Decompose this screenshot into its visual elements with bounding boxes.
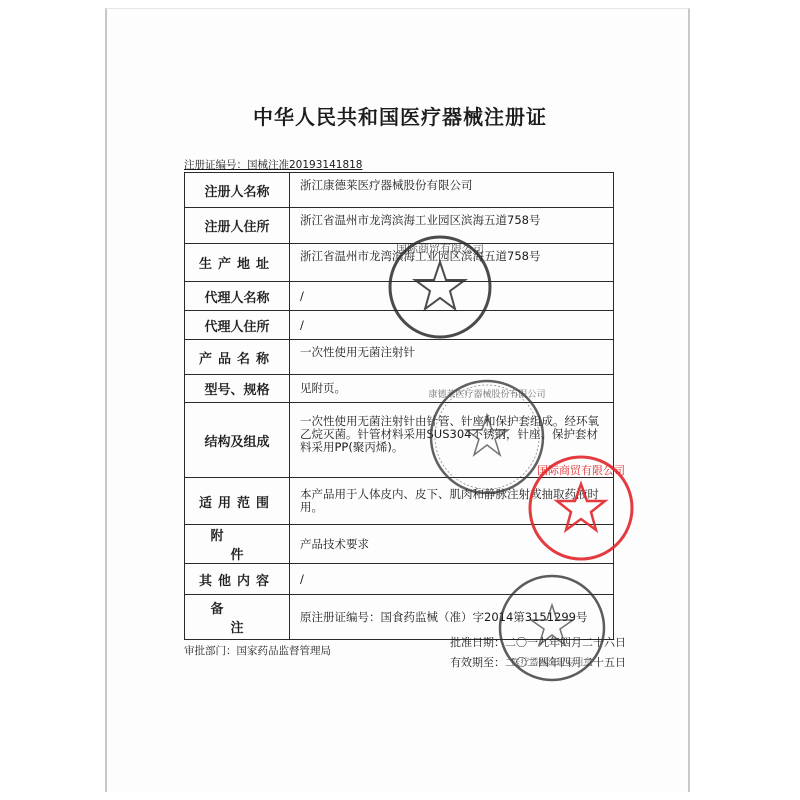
row-value: 本产品用于人体皮内、皮下、肌肉和静脉注射或抽取药液时用。 xyxy=(290,478,614,525)
row-label: 附件 xyxy=(185,525,290,564)
table-row: 注册人住所 浙江省温州市龙湾滨海工业园区滨海五道758号 xyxy=(185,208,614,244)
row-label: 其他内容 xyxy=(185,564,290,595)
row-label: 产品名称 xyxy=(185,340,290,375)
row-label: 代理人住所 xyxy=(185,311,290,340)
row-value: 一次性使用无菌注射针由针管、针座和保护套组成。经环氧乙烷灭菌。针管材料采用SUS… xyxy=(290,403,614,478)
registration-number-line: 注册证编号：国械注准20193141818 xyxy=(184,157,363,172)
document-title: 中华人民共和国医疗器械注册证 xyxy=(0,101,800,130)
row-value: 浙江康德莱医疗器械股份有限公司 xyxy=(290,173,614,208)
table-row: 产品名称 一次性使用无菌注射针 xyxy=(185,340,614,375)
row-label: 适用范围 xyxy=(185,478,290,525)
row-value: 产品技术要求 xyxy=(290,525,614,564)
row-value: / xyxy=(290,564,614,595)
registration-number-label: 注册证编号： xyxy=(184,159,247,171)
approval-dates: 批准日期：二〇一九年四月二十六日 有效期至：二〇二四年四月二十五日 xyxy=(450,633,626,673)
certificate-table: 注册人名称 浙江康德莱医疗器械股份有限公司 注册人住所 浙江省温州市龙湾滨海工业… xyxy=(184,172,614,640)
row-value: / xyxy=(290,282,614,311)
row-value: 浙江省温州市龙湾滨海工业园区滨海五道758号 xyxy=(290,244,614,282)
row-value: 见附页。 xyxy=(290,375,614,403)
table-row: 结构及组成 一次性使用无菌注射针由针管、针座和保护套组成。经环氧乙烷灭菌。针管材… xyxy=(185,403,614,478)
row-label: 注册人住所 xyxy=(185,208,290,244)
registration-number: 国械注准20193141818 xyxy=(247,159,363,171)
row-label: 结构及组成 xyxy=(185,403,290,478)
approval-department: 审批部门：国家药品监督管理局 xyxy=(184,643,331,658)
row-label: 代理人名称 xyxy=(185,282,290,311)
row-value: 浙江省温州市龙湾滨海工业园区滨海五道758号 xyxy=(290,208,614,244)
row-label: 备注 xyxy=(185,595,290,640)
table-row: 代理人住所 / xyxy=(185,311,614,340)
table-row: 注册人名称 浙江康德莱医疗器械股份有限公司 xyxy=(185,173,614,208)
approval-date: 批准日期：二〇一九年四月二十六日 xyxy=(450,633,626,653)
valid-until: 有效期至：二〇二四年四月二十五日 xyxy=(450,653,626,673)
table-row: 附件 产品技术要求 xyxy=(185,525,614,564)
table-row: 适用范围 本产品用于人体皮内、皮下、肌肉和静脉注射或抽取药液时用。 xyxy=(185,478,614,525)
row-label: 型号、规格 xyxy=(185,375,290,403)
table-row: 型号、规格 见附页。 xyxy=(185,375,614,403)
row-label: 注册人名称 xyxy=(185,173,290,208)
table-row: 代理人名称 / xyxy=(185,282,614,311)
row-label: 生产地址 xyxy=(185,244,290,282)
row-value: / xyxy=(290,311,614,340)
row-value: 一次性使用无菌注射针 xyxy=(290,340,614,375)
table-row: 其他内容 / xyxy=(185,564,614,595)
table-row: 生产地址 浙江省温州市龙湾滨海工业园区滨海五道758号 xyxy=(185,244,614,282)
